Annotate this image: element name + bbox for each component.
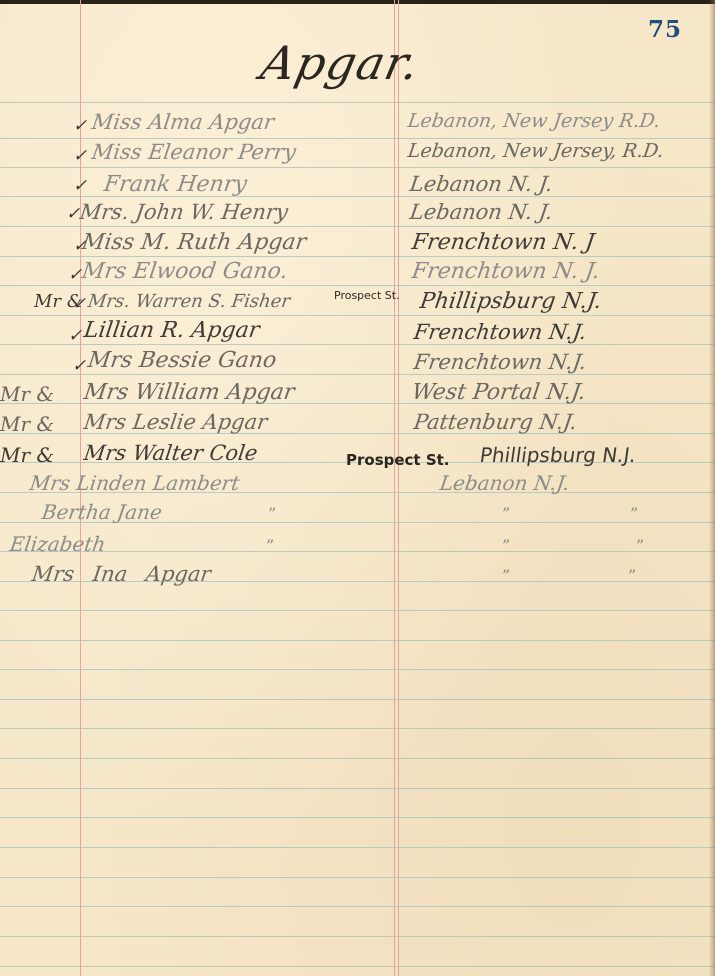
entry-place: Lebanon N. J. bbox=[408, 172, 554, 196]
entry-place: Lebanon N.J. bbox=[438, 471, 571, 495]
rule-line bbox=[0, 877, 715, 878]
entry-row: ✓ Miss Alma Apgar Lebanon, New Jersey R.… bbox=[0, 110, 715, 140]
ditto-mark: ” bbox=[502, 504, 510, 523]
entry-name: Miss Alma Apgar bbox=[90, 110, 275, 134]
ditto-mark: ” bbox=[268, 504, 276, 523]
entry-street-annotation: Prospect St. bbox=[334, 289, 400, 302]
entry-place: Frenchtown N. J. bbox=[410, 259, 601, 284]
rule-line bbox=[0, 936, 715, 937]
rule-line bbox=[0, 610, 715, 611]
entry-row: Mrs Linden Lambert Lebanon N.J. bbox=[0, 471, 715, 501]
entry-name: Miss M. Ruth Apgar bbox=[80, 230, 308, 255]
entry-prefix: Mr & bbox=[0, 443, 54, 467]
check-mark-icon: ✓ bbox=[73, 176, 87, 196]
entry-row: Mr & Mrs Walter Cole Prospect St. Philli… bbox=[0, 441, 715, 471]
entry-name: Mrs Leslie Apgar bbox=[82, 410, 269, 434]
entry-row: Bertha Jane ” ” ” bbox=[0, 500, 715, 530]
check-mark-icon: ✓ bbox=[72, 294, 86, 314]
entry-row: ✓ Mrs Bessie Gano Frenchtown N.J. bbox=[0, 348, 715, 378]
entry-name: Mrs Ina Apgar bbox=[30, 562, 212, 586]
entry-row: ✓ Miss M. Ruth Apgar Frenchtown N. J bbox=[0, 230, 715, 260]
entry-name: Mrs Elwood Gano. bbox=[80, 259, 289, 284]
entry-prefix: Mr & bbox=[0, 412, 54, 436]
page-number: 75 bbox=[648, 16, 682, 43]
ditto-mark: ” bbox=[502, 566, 510, 585]
ditto-mark: ” bbox=[628, 566, 636, 585]
ditto-mark: ” bbox=[630, 504, 638, 523]
entry-name: Bertha Jane bbox=[40, 500, 163, 524]
entry-name: Mrs Bessie Gano bbox=[86, 348, 278, 373]
entry-name: Mrs Linden Lambert bbox=[28, 471, 241, 495]
rule-line bbox=[0, 906, 715, 907]
entry-row: Mr & Mrs William Apgar West Portal N.J. bbox=[0, 380, 715, 410]
rule-line bbox=[0, 102, 715, 103]
entry-row: ✓ Mrs Elwood Gano. Frenchtown N. J. bbox=[0, 259, 715, 289]
entry-name: Elizabeth bbox=[8, 532, 107, 556]
entry-place: Frenchtown N.J. bbox=[412, 320, 588, 344]
entry-row: Elizabeth ” ” ” bbox=[0, 530, 715, 560]
entry-row: Mrs Ina Apgar ” ” bbox=[0, 560, 715, 590]
entry-place: Pattenburg N.J. bbox=[412, 410, 578, 434]
entry-row: Mr & ✓ Mrs. Warren S. Fisher Prospect St… bbox=[0, 289, 715, 319]
entry-street-annotation: Prospect St. bbox=[346, 451, 450, 469]
rule-line bbox=[0, 669, 715, 670]
ditto-mark: ” bbox=[502, 536, 510, 555]
ditto-mark: ” bbox=[266, 536, 274, 555]
check-mark-icon: ✓ bbox=[73, 146, 87, 166]
rule-line bbox=[0, 817, 715, 818]
entry-name: Mrs William Apgar bbox=[82, 380, 296, 405]
rule-line bbox=[0, 699, 715, 700]
page-heading: Apgar. bbox=[256, 36, 425, 90]
ledger-page: 75 Apgar. ✓ Miss Alma Apgar Lebanon, New… bbox=[0, 0, 715, 976]
entry-row: ✓ Frank Henry Lebanon N. J. bbox=[0, 170, 715, 200]
entry-place: Phillipsburg N.J. bbox=[478, 443, 637, 467]
entry-name: Mrs Walter Cole bbox=[82, 441, 259, 465]
rule-line bbox=[0, 728, 715, 729]
entry-place: Frenchtown N.J. bbox=[412, 350, 588, 374]
entry-prefix: Mr & bbox=[0, 382, 54, 406]
entry-row: Mr & Mrs Leslie Apgar Pattenburg N.J. bbox=[0, 410, 715, 440]
entry-row: ✓ Lillian R. Apgar Frenchtown N.J. bbox=[0, 318, 715, 348]
rule-line bbox=[0, 640, 715, 641]
entry-name: Mrs. John W. Henry bbox=[78, 200, 289, 224]
entry-row: ✓ Miss Eleanor Perry Lebanon, New Jersey… bbox=[0, 140, 715, 170]
entry-name: Mrs. Warren S. Fisher bbox=[87, 291, 292, 312]
rule-line bbox=[0, 758, 715, 759]
ditto-mark: ” bbox=[636, 536, 644, 555]
check-mark-icon: ✓ bbox=[68, 326, 82, 346]
entry-place: Lebanon, New Jersey, R.D. bbox=[406, 140, 665, 162]
entry-name: Lillian R. Apgar bbox=[82, 318, 261, 343]
page-top-edge bbox=[0, 0, 715, 4]
entry-place: West Portal N.J. bbox=[410, 380, 587, 405]
entry-row: ✓ Mrs. John W. Henry Lebanon N. J. bbox=[0, 200, 715, 230]
check-mark-icon: ✓ bbox=[73, 116, 87, 136]
entry-name: Frank Henry bbox=[102, 172, 248, 197]
check-mark-icon: ✓ bbox=[72, 356, 86, 376]
entry-place: Lebanon, New Jersey R.D. bbox=[406, 110, 661, 132]
entry-place: Frenchtown N. J bbox=[410, 230, 596, 255]
rule-line bbox=[0, 847, 715, 848]
entry-place: Phillipsburg N.J. bbox=[418, 289, 603, 314]
rule-line bbox=[0, 788, 715, 789]
rule-line bbox=[0, 966, 715, 967]
entry-name: Miss Eleanor Perry bbox=[90, 140, 297, 164]
entry-place: Lebanon N. J. bbox=[408, 200, 554, 224]
